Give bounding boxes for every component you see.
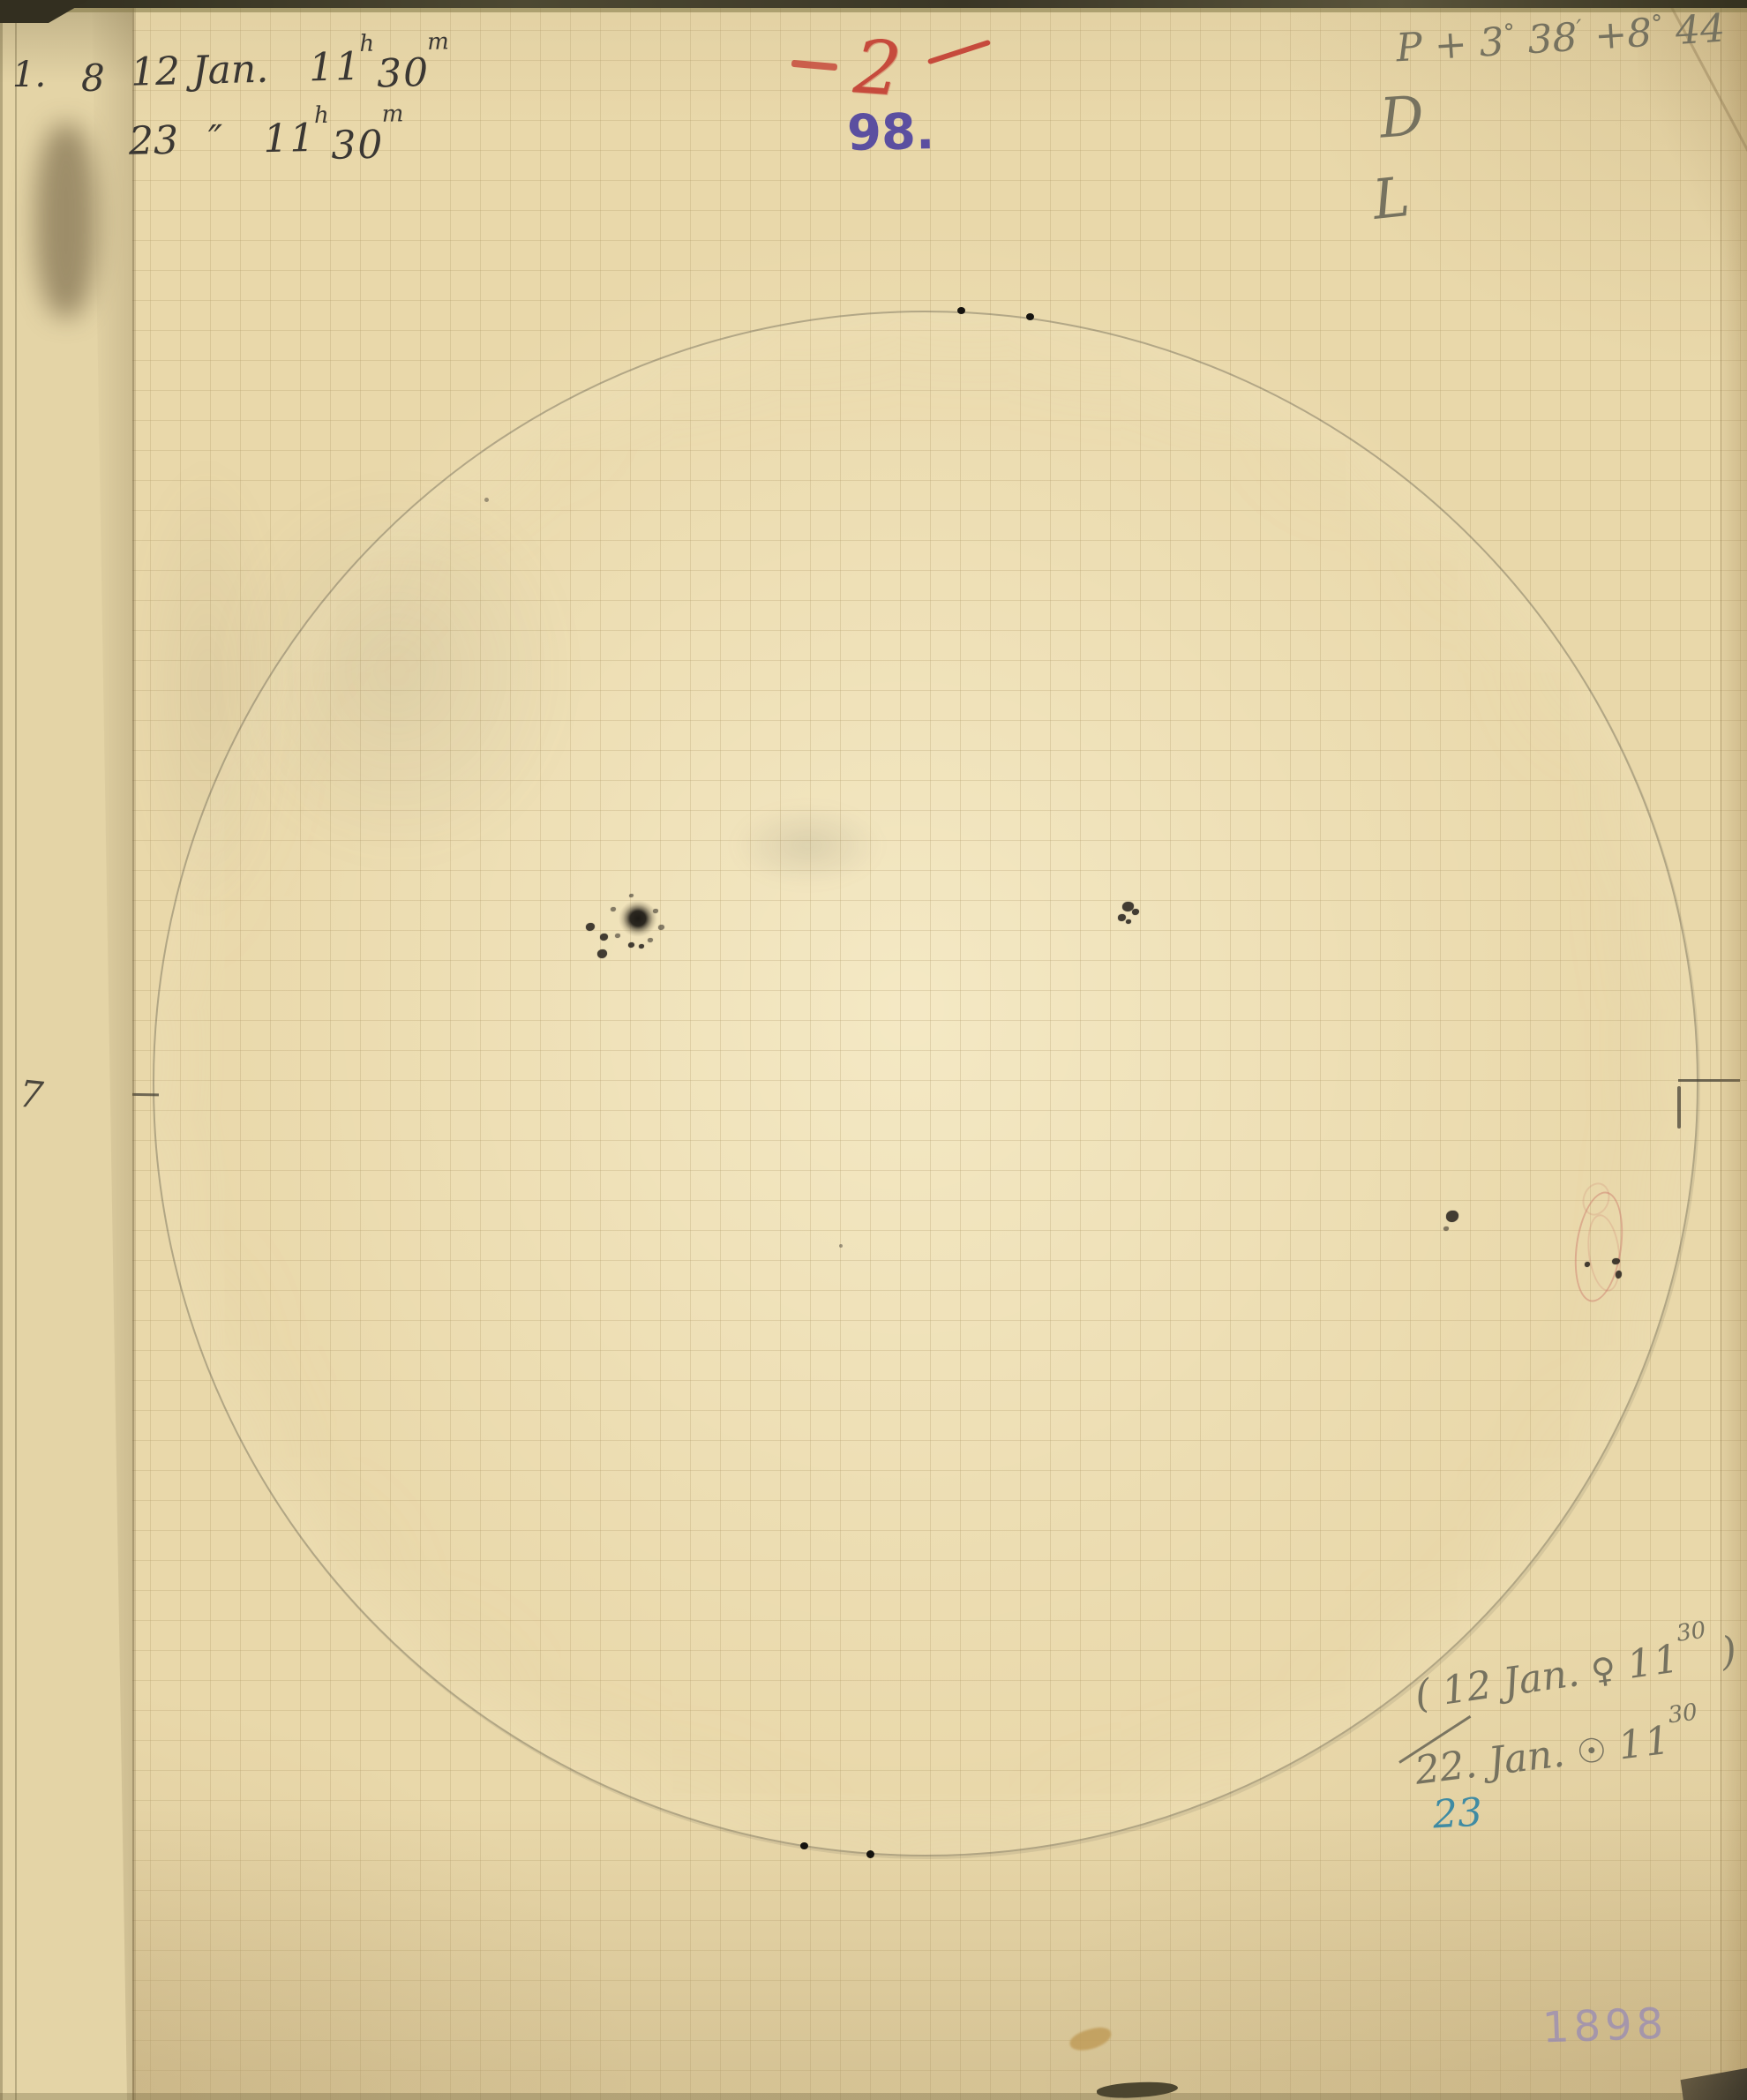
scan-top-edge [0,0,1747,8]
minutes-value: 30 [331,123,385,169]
ink-dot-top [957,307,965,314]
page-number-red: 2 [851,23,904,112]
paper-speck [839,1244,843,1248]
letter-d-annotation: D [1378,83,1427,150]
observation-date-row-2: 23″11h30m [129,114,407,163]
hour-unit: h [314,102,329,129]
red-pencil-scribble [1571,1189,1650,1326]
note-minutes: 30 [1667,1699,1699,1729]
struck-date: 22. [1413,1742,1480,1794]
observation-date-row-1: 12 Jan.11h30m [130,41,452,94]
scan-bottom-edge [0,2093,1747,2100]
note-hour: 11 [1624,1636,1683,1688]
note-hour: 11 [1616,1718,1674,1769]
margin-mark: 7 [18,1072,46,1118]
ditto-mark: ″ [208,117,223,162]
ink-dot-top [1026,313,1034,320]
hour-value: 11 [308,44,362,91]
scanned-observation-sheet: 1. 8 12 Jan.11h30m 23″11h30m 2 98. P + 3… [0,0,1747,2100]
minutes-unit: m [381,101,403,128]
sun-symbol: ☉ [1574,1730,1608,1773]
planet-symbol: ♀ [1589,1649,1619,1691]
p-letter: P [1395,25,1424,71]
year-stamp: 1898 [1541,1999,1668,2053]
hour-value: 11 [263,116,317,161]
letter-l-annotation: L [1369,164,1413,232]
page-right-edge [1721,0,1747,2100]
tape-stain [35,124,97,318]
note-month: Jan. [1486,1730,1567,1784]
limb-pencil-stroke [1677,1086,1681,1129]
solar-disk-circle [153,311,1698,1856]
date-label: 12 Jan. [130,47,268,95]
hour-unit: h [359,31,375,57]
year-fragment-right: 8 [81,56,105,100]
series-number: 98. [846,103,934,162]
date-label: 23 [129,118,179,164]
paper-speck [484,498,489,502]
minutes-unit: m [427,29,449,56]
note-minutes: 30 [1675,1617,1707,1647]
ink-dot-bottom [866,1850,874,1858]
year-fragment-left: 1. [12,55,46,95]
minutes-value: 30 [376,50,430,97]
sunspot-main-umbra [619,900,657,937]
scan-top-edge [0,8,1747,12]
page-seam [15,0,17,2100]
ink-dot-bottom [800,1842,808,1849]
footer-correction-blue: 23 [1432,1790,1484,1838]
